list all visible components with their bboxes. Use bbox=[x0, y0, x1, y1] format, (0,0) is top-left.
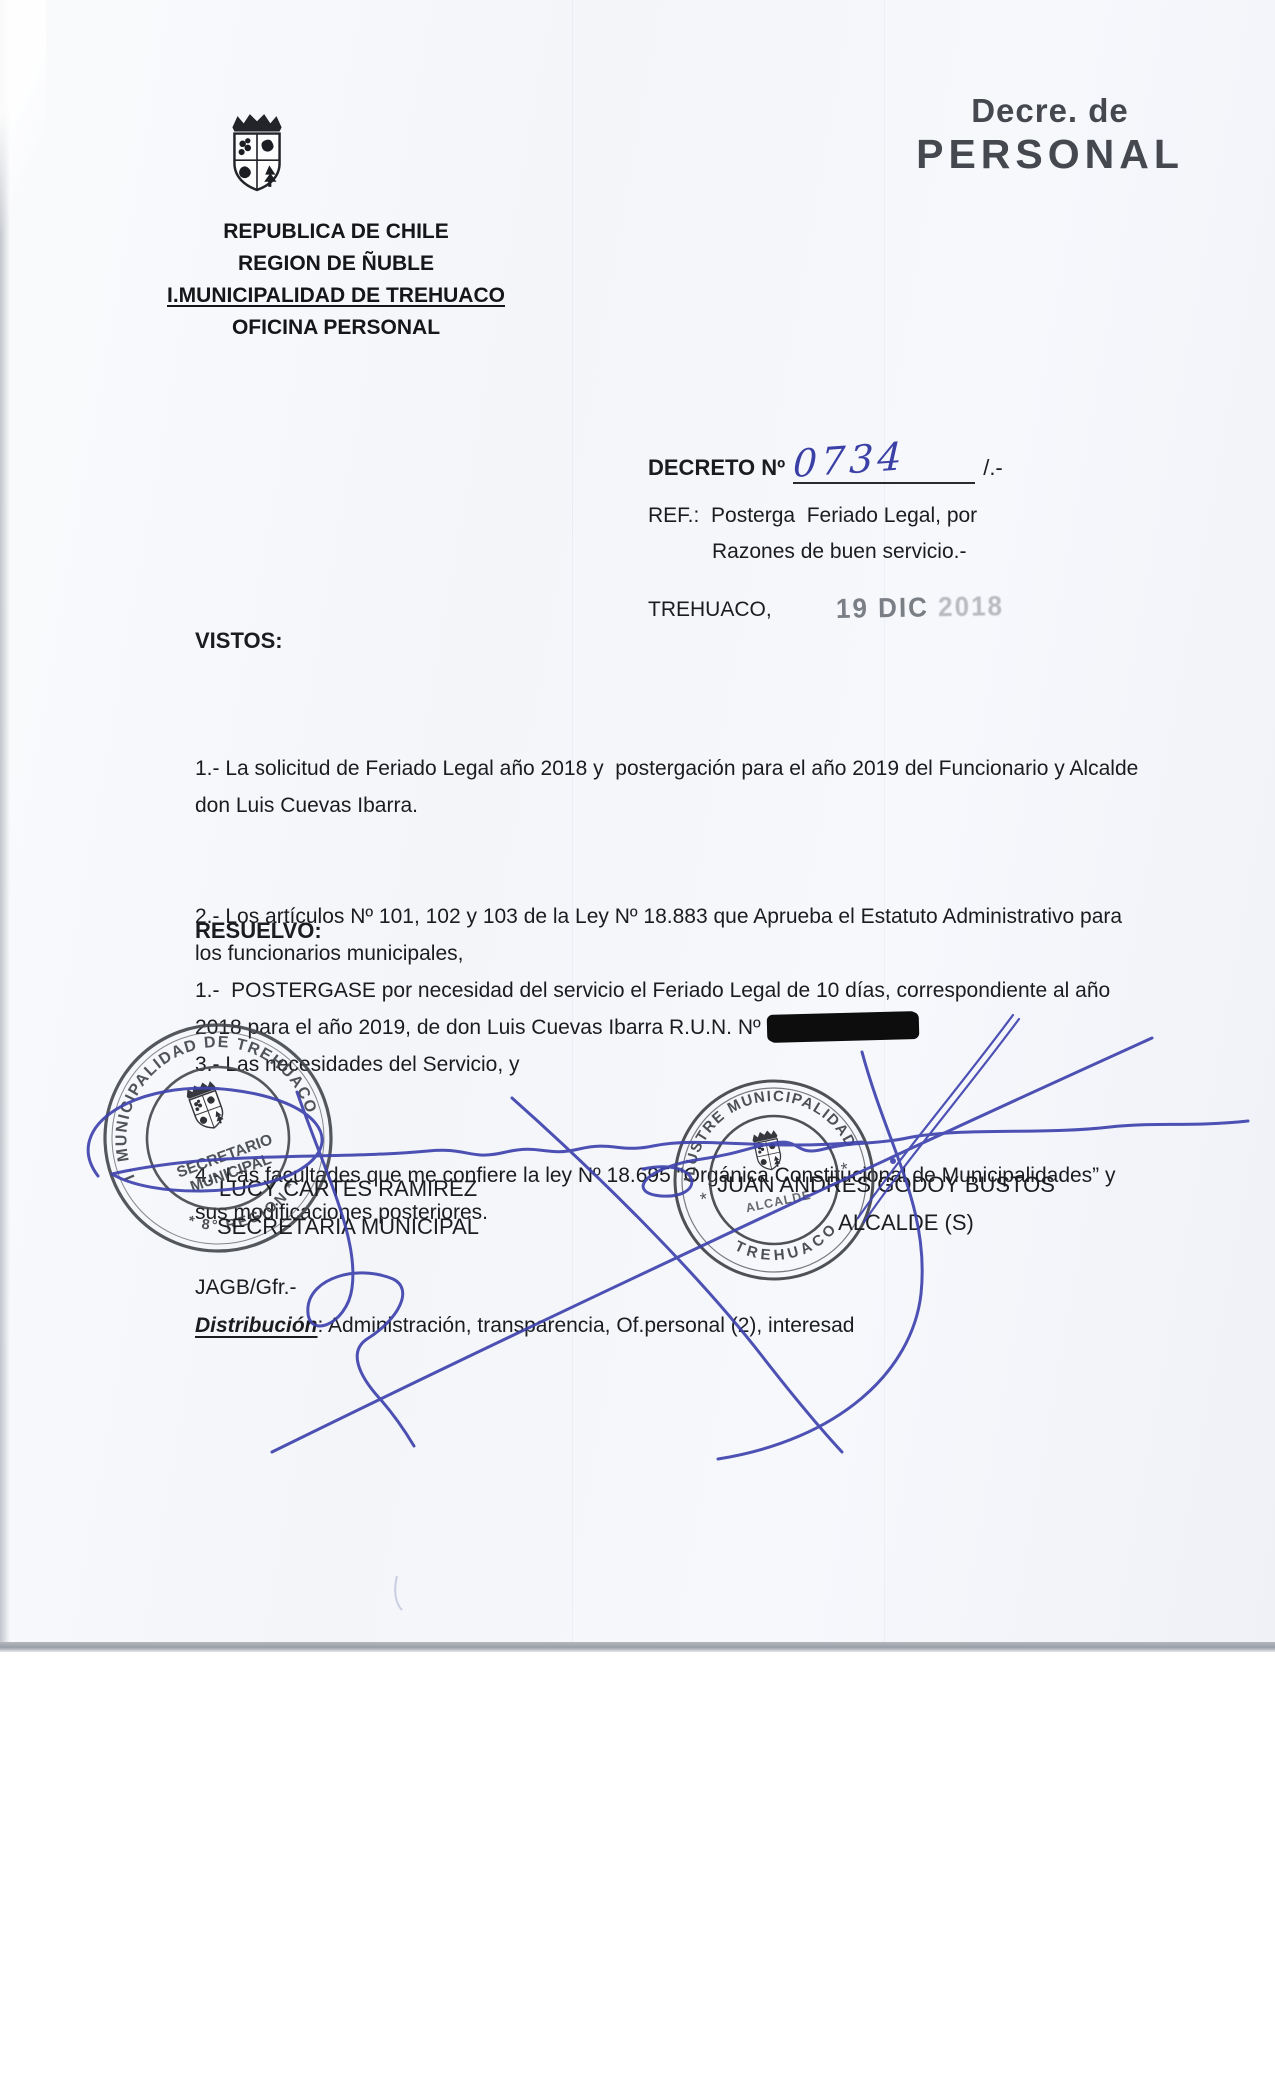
footer-initials: JAGB/Gfr.- bbox=[195, 1276, 297, 1300]
decre-de-personal-stamp: Decre. de PERSONAL bbox=[905, 92, 1195, 178]
stamp-line-1: Decre. de bbox=[905, 92, 1195, 130]
date-stamp-year: 2018 bbox=[938, 590, 1004, 623]
ref-line-2: Razones de buen servicio.- bbox=[712, 540, 966, 564]
ref-line-1: REF.: Posterga Feriado Legal, por bbox=[648, 504, 977, 528]
date-stamp-day-month: 19 DIC bbox=[836, 591, 939, 625]
right-signatory-title: ALCALDE (S) bbox=[800, 1210, 1012, 1236]
svg-text:ILUSTRE MUNICIPALIDAD: ILUSTRE MUNICIPALIDAD bbox=[668, 1074, 860, 1185]
city-line: TREHUACO, bbox=[648, 598, 772, 622]
distribution-line: Distribución: Administración, transparen… bbox=[195, 1314, 854, 1338]
left-signatory-name: LUCY CARTES RAMIREZ bbox=[188, 1176, 508, 1202]
stamp-line-2: PERSONAL bbox=[905, 131, 1195, 178]
letterhead: REPUBLICA DE CHILE REGION DE ÑUBLE I.MUN… bbox=[118, 216, 554, 344]
redacted-run-number bbox=[766, 1011, 917, 1042]
right-signatory-name: JUAN ANDRES GODOY BUSTOS bbox=[690, 1172, 1082, 1198]
distribution-label: Distribución bbox=[195, 1314, 318, 1337]
decree-number-underline: 0734 bbox=[793, 438, 975, 484]
distribution-text: : Administración, transparencia, Of.pers… bbox=[318, 1314, 855, 1337]
vistos-item-2: 2.- Los artículos Nº 101, 102 y 103 de l… bbox=[195, 898, 1153, 972]
seal-top-text: ILUSTRE MUNICIPALIDAD bbox=[668, 1074, 860, 1185]
vistos-item-1: 1.- La solicitud de Feriado Legal año 20… bbox=[195, 750, 1153, 824]
left-signatory-title: SECRETARIA MUNICIPAL bbox=[188, 1214, 508, 1240]
scan-corner-curl bbox=[0, 0, 46, 300]
scanned-document-page: Decre. de PERSONAL REPUBLICA DE CHILE RE… bbox=[0, 0, 1275, 2100]
letterhead-office: OFICINA PERSONAL bbox=[118, 312, 554, 344]
letterhead-region: REGION DE ÑUBLE bbox=[118, 248, 554, 280]
letterhead-country: REPUBLICA DE CHILE bbox=[118, 216, 554, 248]
vistos-heading: VISTOS: bbox=[195, 628, 283, 654]
decree-number-handwritten: 0734 bbox=[793, 434, 907, 486]
resuelvo-heading: RESUELVO: bbox=[195, 918, 322, 944]
municipal-crest-icon bbox=[226, 110, 288, 192]
letterhead-municipality: I.MUNICIPALIDAD DE TREHUACO bbox=[118, 280, 554, 312]
resuelvo-item: 1.- POSTERGASE por necesidad del servici… bbox=[195, 972, 1153, 1046]
decree-label: DECRETO Nº bbox=[648, 455, 785, 484]
decree-suffix: /.- bbox=[983, 455, 1003, 484]
date-stamp: 19 DIC 2018 bbox=[836, 590, 1005, 626]
decree-number-row: DECRETO Nº 0734 /.- bbox=[648, 438, 1003, 484]
paper-bottom-shadow bbox=[0, 1642, 1275, 1652]
